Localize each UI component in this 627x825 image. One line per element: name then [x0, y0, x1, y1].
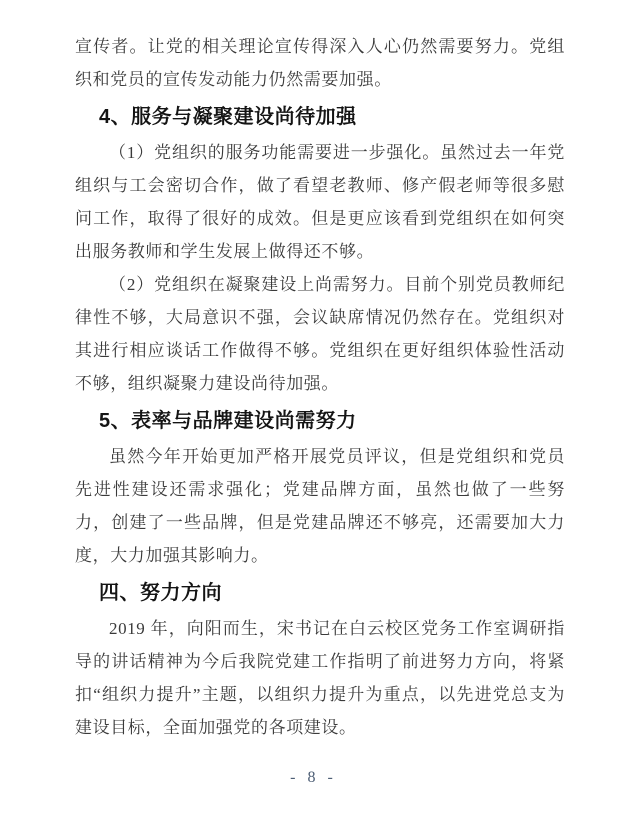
paragraph-propaganda-continuation: 宣传者。让党的相关理论宣传得深入人心仍然需要努力。党组织和党员的宣传发动能力仍然… [75, 30, 565, 96]
section-heading-4-service-cohesion: 4、服务与凝聚建设尚待加强 [75, 101, 565, 134]
section-heading-4th-effort-direction: 四、努力方向 [75, 577, 565, 610]
page-number: - 8 - [0, 769, 627, 787]
document-page: 宣传者。让党的相关理论宣传得深入人心仍然需要努力。党组织和党员的宣传发动能力仍然… [0, 0, 627, 825]
paragraph-2019-direction: 2019 年，向阳而生，宋书记在白云校区党务工作室调研指导的讲话精神为今后我院党… [75, 612, 565, 744]
paragraph-cohesion-building: （2）党组织在凝聚建设上尚需努力。目前个别党员教师纪律性不够，大局意识不强，会议… [75, 268, 565, 400]
paragraph-service-function: （1）党组织的服务功能需要进一步强化。虽然过去一年党组织与工会密切合作，做了看望… [75, 136, 565, 268]
paragraph-brand-building: 虽然今年开始更加严格开展党员评议，但是党组织和党员先进性建设还需求强化；党建品牌… [75, 440, 565, 572]
section-heading-5-model-brand: 5、表率与品牌建设尚需努力 [75, 405, 565, 438]
